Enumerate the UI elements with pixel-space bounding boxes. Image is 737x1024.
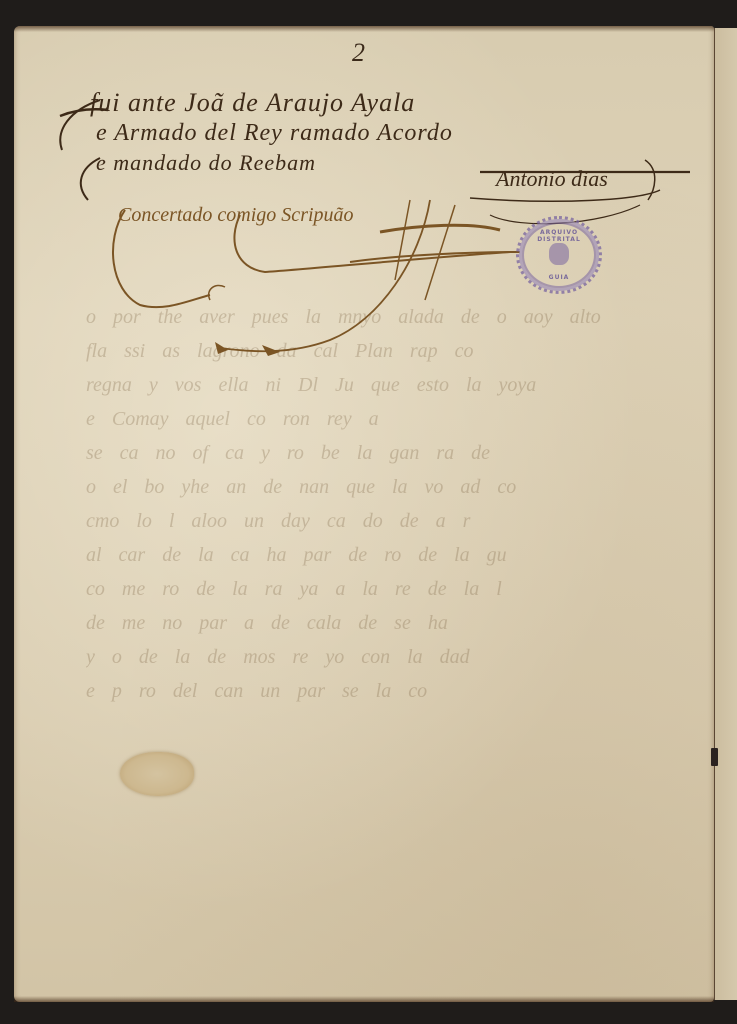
stamp-emblem-icon: [549, 243, 569, 265]
stamp-top-text: ARQUIVO DISTRITAL: [519, 229, 599, 243]
ink-flourishes: [0, 0, 737, 1024]
stamp-bottom-text: GUIA: [519, 274, 599, 281]
water-stain: [120, 752, 194, 796]
archive-stamp: ARQUIVO DISTRITAL GUIA: [516, 216, 602, 294]
